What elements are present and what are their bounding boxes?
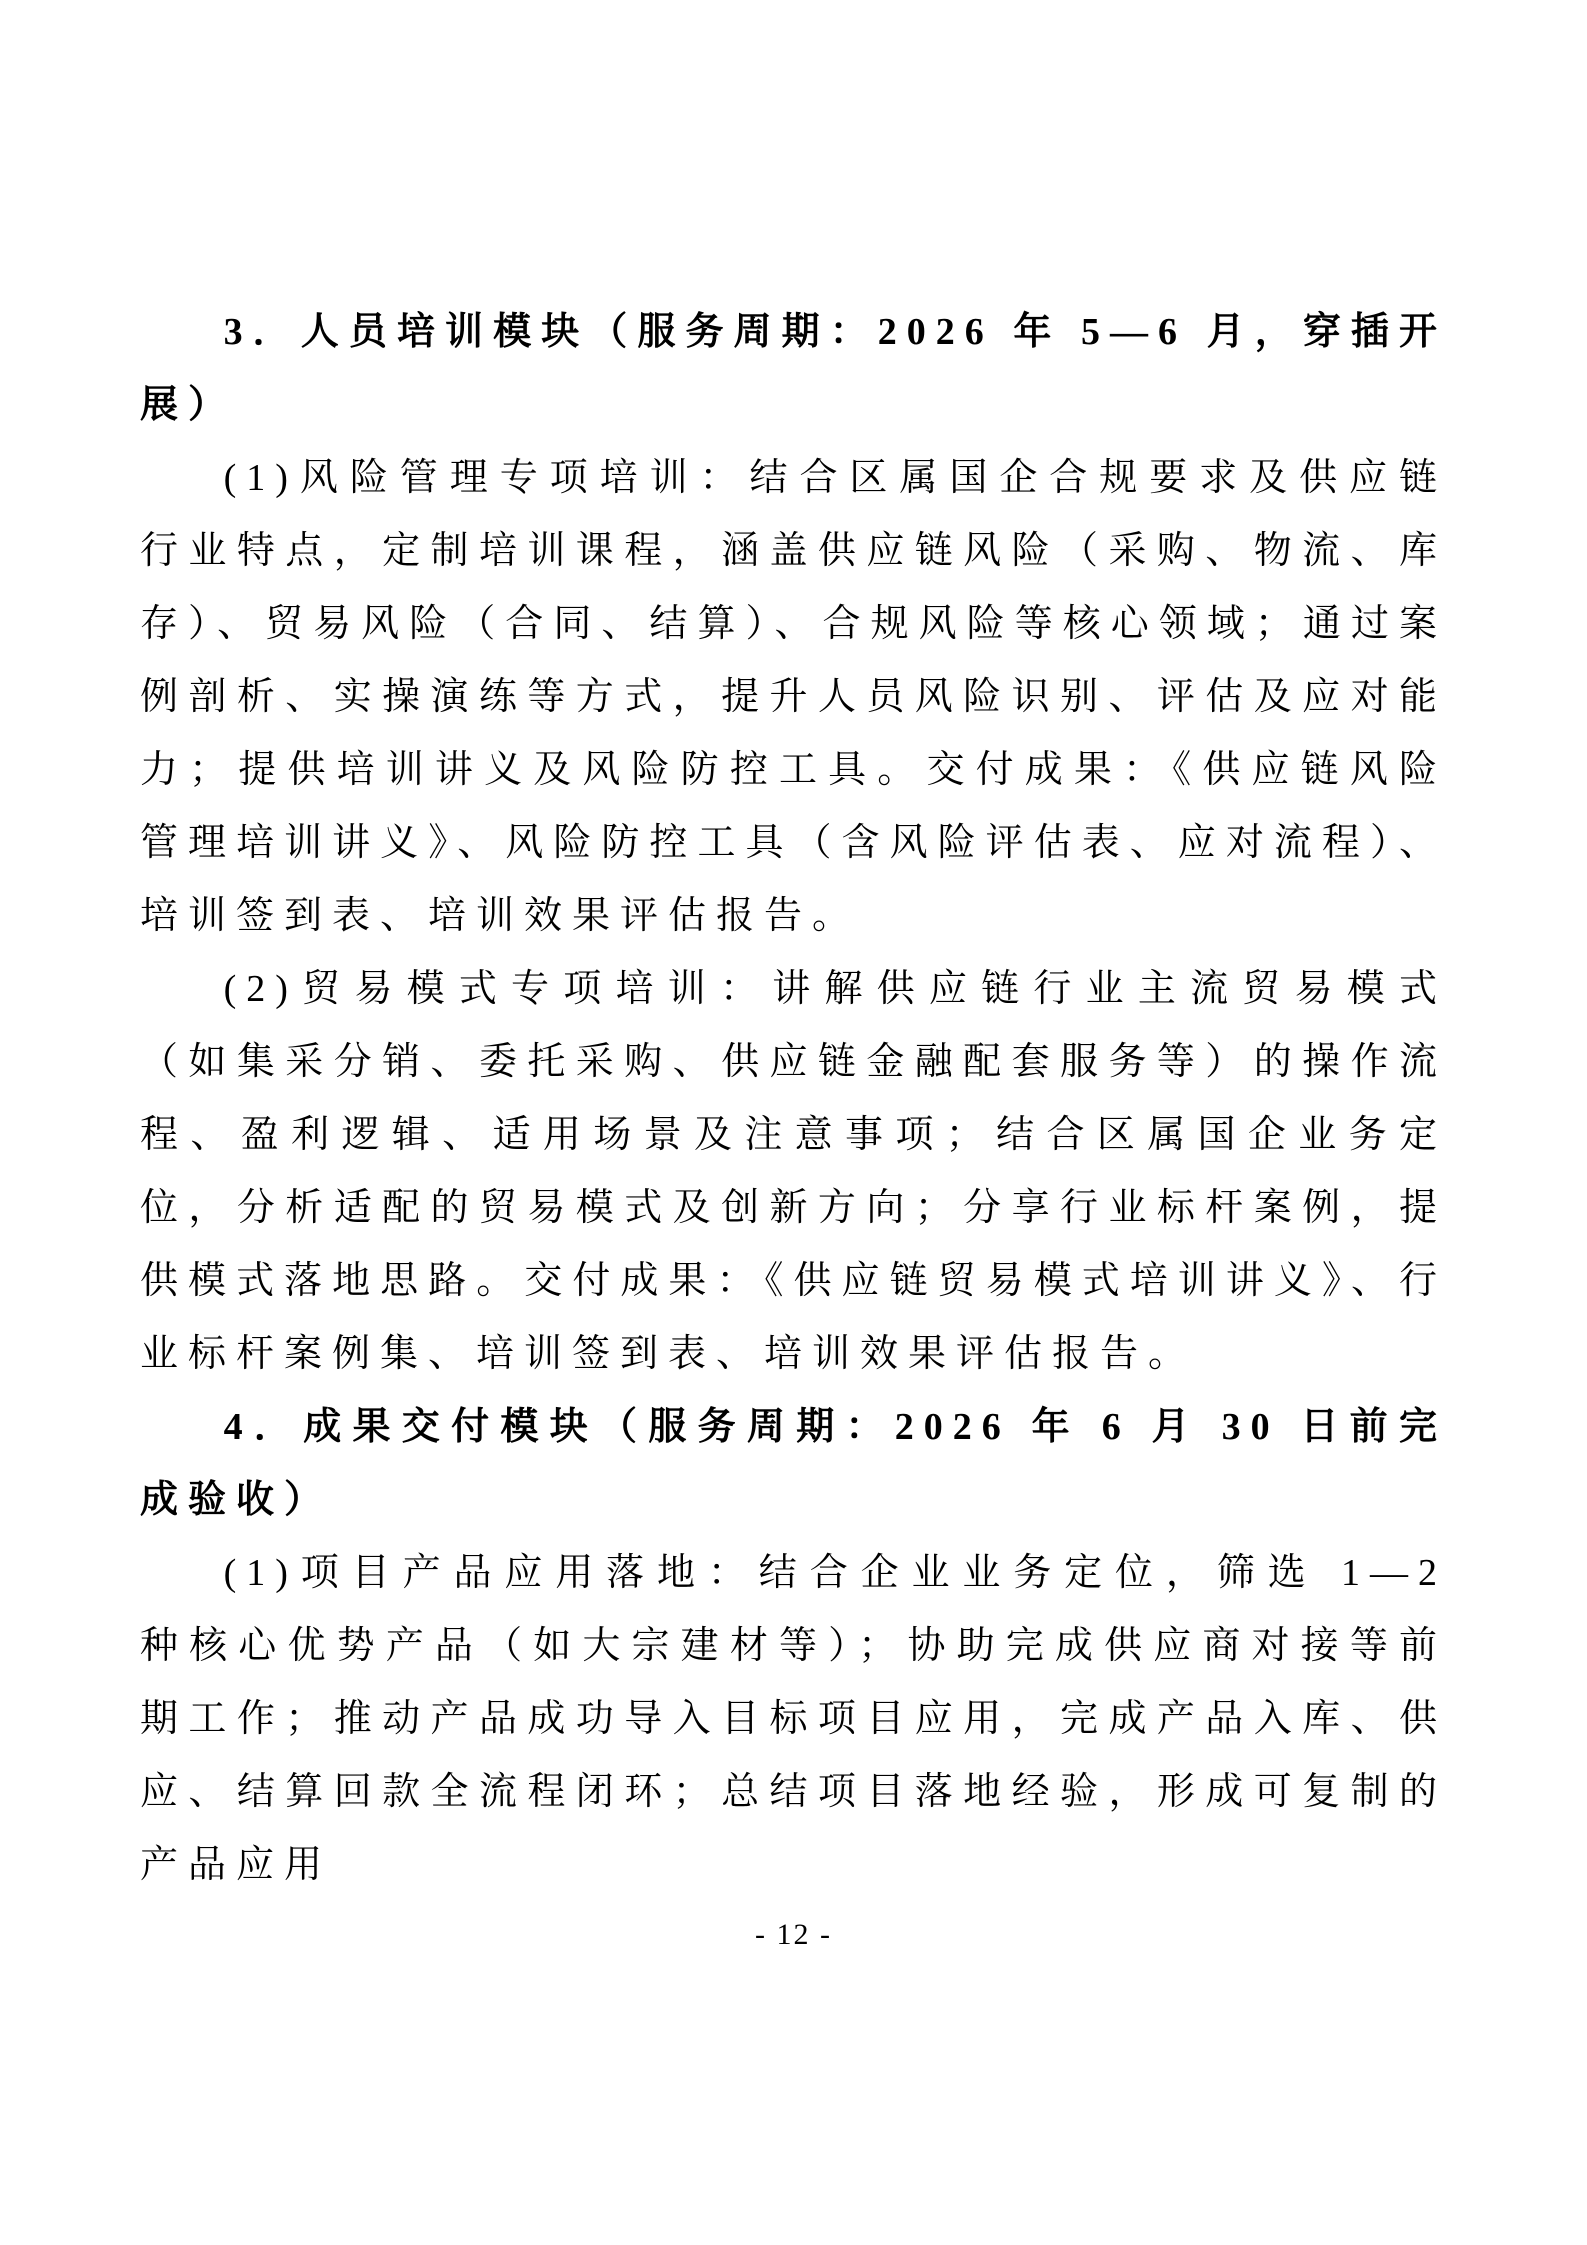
document-body: 3．人员培训模块（服务周期：2026 年 5—6 月，穿插开展） (1)风险管理… (140, 296, 1447, 1902)
section-heading-deliverables: 4．成果交付模块（服务周期：2026 年 6 月 30 日前完成验收） (140, 1391, 1447, 1537)
paragraph-risk-management-training: (1)风险管理专项培训：结合区属国企合规要求及供应链行业特点，定制培训课程，涵盖… (140, 442, 1447, 953)
document-page: 3．人员培训模块（服务周期：2026 年 5—6 月，穿插开展） (1)风险管理… (0, 0, 1587, 2245)
paragraph-product-application: (1)项目产品应用落地：结合企业业务定位，筛选 1—2 种核心优势产品（如大宗建… (140, 1537, 1447, 1902)
paragraph-trade-mode-training: (2)贸易模式专项培训：讲解供应链行业主流贸易模式（如集采分销、委托采购、供应链… (140, 953, 1447, 1391)
section-heading-personnel-training: 3．人员培训模块（服务周期：2026 年 5—6 月，穿插开展） (140, 296, 1447, 442)
page-number: - 12 - (0, 1918, 1587, 1952)
